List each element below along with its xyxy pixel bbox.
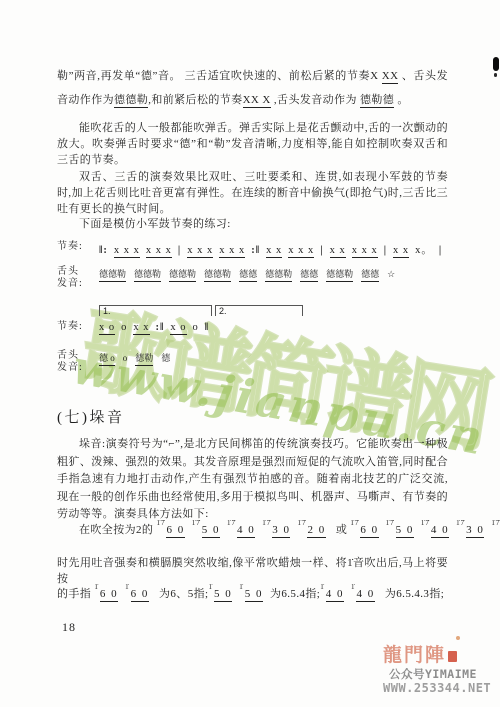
underlined-token: x x x	[288, 245, 314, 258]
text-token: x。	[415, 242, 433, 257]
underlined-token: 德德勒	[204, 267, 231, 282]
underlined-token: x o	[170, 322, 186, 335]
grace-note-token: 1̇	[125, 583, 130, 591]
text-token: o	[123, 353, 128, 363]
stamp-block: 龍門陣 公众号YIMAIME WWW.253344.NET	[383, 645, 500, 696]
underlined-token: 德德勒	[265, 267, 292, 282]
underlined-token: 2 0	[307, 524, 325, 538]
wechat-id: 公众号YIMAIME	[389, 667, 500, 681]
underlined-token: x x x	[114, 245, 140, 258]
underlined-token: 3 0	[466, 524, 484, 538]
barline-token: :‖	[251, 245, 260, 256]
page-content: 勒”两音,再发单“德”音。 三舌适宜吹快速的、前松后紧的节奏X XX 、舌头发音…	[57, 0, 448, 707]
grace-note-token: 1̇7̇	[192, 519, 201, 527]
grace-note-token: 1̇	[94, 583, 99, 591]
text-token: 能吹花舌的人一般都能吹弹舌。弹舌实际上是花舌颤动中,舌的一次颤动的放大。吹奏弹舌…	[57, 122, 448, 166]
underlined-token: 5 0	[202, 524, 220, 538]
underlined-token: 德德	[300, 267, 318, 282]
grace-note-token: 1̇7̇	[386, 519, 395, 527]
underlined-token: x x x	[352, 245, 378, 258]
underlined-token: 德勒德	[360, 94, 394, 108]
rhythm-line-1: 节奏:‖:x x xx x x|x x xx x x:‖x xx x x|x x…	[57, 241, 448, 258]
grace-note-token: 1̇7̇	[227, 519, 236, 527]
grace-note-token: 1̇7̇	[456, 519, 465, 527]
grace-note-token: 1̇7̇	[421, 519, 430, 527]
ink-smudge-icon	[493, 57, 499, 71]
underlined-token: x o	[99, 322, 115, 335]
underlined-token: 6 0	[100, 588, 118, 602]
music-line-label: 节奏:	[57, 321, 99, 333]
underlined-token: 4 0	[431, 524, 449, 538]
notation-line: 在吹全按为2的 1̇7̇6 01̇7̇5 01̇7̇4 01̇7̇3 01̇7̇…	[57, 519, 448, 537]
underlined-token: 5 0	[245, 588, 263, 602]
line-segments: 德 oo德勒德	[99, 350, 448, 366]
para-duoyin-intro: 垛音:演奏符号为“⌐”,是北方民间梆笛的传统演奏技巧。它能吹奏出一种极粗犷、泼辣…	[57, 436, 448, 524]
text-token: ,舌头发音动作为	[271, 94, 360, 106]
underlined-token: XX	[382, 70, 399, 84]
grace-note-token: 1̇	[351, 583, 356, 591]
text-token: o	[121, 322, 127, 333]
text-token: 。	[394, 94, 409, 106]
text-token: 为6、5指;	[156, 588, 209, 600]
section-heading: (七)垛音	[57, 406, 448, 427]
text-token: 勒”两音,再发单“德”音。 三舌适宜吹快速的、前松后紧的节奏	[57, 70, 370, 82]
site-url: WWW.253344.NET	[383, 681, 500, 696]
underlined-token: 德德勒	[169, 267, 196, 282]
line-segments: 下面是模仿小军鼓节奏的练习:	[57, 216, 448, 232]
volta-bracket-1: 1.	[99, 305, 212, 316]
barline-token: |	[178, 245, 181, 256]
underlined-token: x x x	[187, 245, 213, 258]
barline-token: :‖	[156, 322, 165, 333]
scanned-book-page: 歌谱简谱网 www.jianpu.cn 勒”两音,再发单“德”音。 三舌适宜吹快…	[0, 0, 500, 707]
text-token: o	[193, 322, 199, 333]
line-segments: 德德勒德德勒德德勒德德勒德德德德勒德德德德勒德德☆	[99, 266, 448, 282]
underlined-token: 6 0	[166, 524, 184, 538]
underlined-token: 4 0	[326, 588, 344, 602]
grace-note-token: 1̇	[208, 583, 213, 591]
underlined-token: 3 0	[272, 524, 290, 538]
text-token: (七)垛音	[57, 410, 125, 426]
underlined-token: 德 o	[99, 351, 115, 366]
grace-note-token: 1̇	[239, 583, 244, 591]
underlined-token: 4 0	[356, 588, 374, 602]
line-segments: 1.2.x oox x:‖x oo‖	[99, 321, 448, 335]
rhythm-line-2: 节奏:1.2.x oox x:‖x oo‖	[57, 321, 448, 335]
text-token: ,和前紧后松的节奏	[148, 94, 242, 106]
grace-note-token: 1̇7̇	[350, 519, 359, 527]
underlined-token: 德德勒	[114, 94, 148, 108]
underlined-token: 德勒	[135, 351, 153, 366]
grace-note-token: 1̇	[320, 583, 325, 591]
underlined-token: x x	[133, 322, 149, 335]
underlined-token: x x	[393, 245, 409, 258]
syllable-line-1: 舌头发音:德德勒德德勒德德勒德德勒德德德德勒德德德德勒德德☆	[57, 266, 448, 290]
red-seal-icon	[448, 651, 457, 662]
line-segments: 勒”两音,再发单“德”音。 三舌适宜吹快速的、前松后紧的节奏X XX 、舌头发音…	[57, 64, 448, 112]
para-tantongue: 能吹花舌的人一般都能吹弹舌。弹舌实际上是花舌颤动中,舌的一次颤动的放大。吹奏弹舌…	[57, 120, 448, 168]
stamp-title: 龍門陣	[383, 645, 500, 667]
line-segments: 垛音:演奏符号为“⌐”,是北方民间梆笛的传统演奏技巧。它能吹奏出一种极粗犷、泼辣…	[57, 436, 448, 524]
text-token: X	[370, 70, 382, 82]
underlined-token: 德德	[361, 267, 379, 282]
line-segments: (七)垛音	[57, 406, 448, 427]
line-segments: 在吹全按为2的 1̇7̇6 01̇7̇5 01̇7̇4 01̇7̇3 01̇7̇…	[79, 519, 448, 537]
music-line-label: 舌头发音:	[57, 266, 99, 290]
para-comparison: 双舌、三舌的演奏效果比双吐、三吐要柔和、连贯,如表现小军鼓的节奏时,加上花舌则比…	[57, 169, 448, 217]
text-token: 为6.5.4指;	[270, 588, 320, 600]
page-number: 18	[62, 620, 76, 635]
underlined-token: 德德勒	[99, 267, 126, 282]
line-segments: 双舌、三舌的演奏效果比双吐、三吐要柔和、连贯,如表现小军鼓的节奏时,加上花舌则比…	[57, 169, 448, 217]
line-fingering: 的手指 1̇6 01̇6 0 为6、5指;1̇5 01̇5 0为6.5.4指;1…	[57, 583, 448, 601]
ink-speck-icon	[494, 73, 497, 77]
barline-token: |	[320, 245, 323, 256]
underlined-token: 德德勒	[134, 267, 161, 282]
stamp-title-text: 龍門陣	[383, 645, 446, 666]
text-token: 在吹全按为2的	[79, 524, 156, 536]
underlined-token: XX X	[243, 94, 271, 108]
underlined-token: 6 0	[131, 588, 149, 602]
line-segments: ‖:x x xx x x|x x xx x x:‖x xx x x|x xx x…	[99, 241, 448, 258]
barline-token: |	[384, 245, 387, 256]
barline-token: |	[439, 245, 442, 256]
red-dot-icon	[456, 636, 460, 640]
barline-token: ‖:	[99, 245, 108, 256]
text-token: 下面是模仿小军鼓节奏的练习:	[79, 218, 231, 230]
text-token: 或	[333, 524, 351, 536]
text-token: 为6.5.4.3指;	[382, 588, 444, 600]
underlined-token: 6 0	[360, 524, 378, 538]
grace-note-token: 1̇7̇	[262, 519, 271, 527]
volta-bracket-2: 2.	[215, 305, 303, 316]
text-token: 德	[161, 351, 170, 364]
underlined-token: x x	[266, 245, 282, 258]
line-segments: 能吹花舌的人一般都能吹弹舌。弹舌实际上是花舌颤动中,舌的一次颤动的放大。吹奏弹舌…	[57, 120, 448, 168]
text-token: 的手指	[57, 588, 94, 600]
text-token: ☆	[387, 269, 395, 280]
syllable-line-2: 舌头发音:德 oo德勒德	[57, 350, 448, 374]
text-token: 时先用吐音强奏和横膈膜突然收缩,像平常吹蜡烛一样、将1̇音吹出后,马上将要按	[57, 557, 448, 585]
line-segments: 的手指 1̇6 01̇6 0 为6、5指;1̇5 01̇5 0为6.5.4指;1…	[57, 583, 448, 601]
grace-note-token: 1̇7̇	[491, 519, 500, 527]
grace-note-token: 1̇7̇	[156, 519, 165, 527]
music-line-label: 舌头发音:	[57, 350, 99, 374]
text-token: 双舌、三舌的演奏效果比双吐、三吐要柔和、连贯,如表现小军鼓的节奏时,加上花舌则比…	[57, 171, 448, 215]
underlined-token: x x x	[146, 245, 172, 258]
text-token: 垛音:演奏符号为“⌐”,是北方民间梆笛的传统演奏技巧。它能吹奏出一种极粗犷、泼辣…	[57, 438, 448, 520]
underlined-token: 4 0	[237, 524, 255, 538]
barline-token: ‖	[205, 322, 209, 333]
underlined-token: 德德勒	[326, 267, 353, 282]
para-exercise-intro: 下面是模仿小军鼓节奏的练习:	[57, 216, 448, 232]
underlined-token: 德德	[239, 267, 257, 282]
underlined-token: 5 0	[214, 588, 232, 602]
underlined-token: 5 0	[396, 524, 414, 538]
grace-note-token: 1̇7̇	[297, 519, 306, 527]
para-tonguing-continued: 勒”两音,再发单“德”音。 三舌适宜吹快速的、前松后紧的节奏X XX 、舌头发音…	[57, 64, 448, 112]
music-line-label: 节奏:	[57, 241, 99, 253]
volta-brackets: 1.2.	[99, 305, 448, 318]
underlined-token: x x	[330, 245, 346, 258]
underlined-token: x x x	[219, 245, 245, 258]
